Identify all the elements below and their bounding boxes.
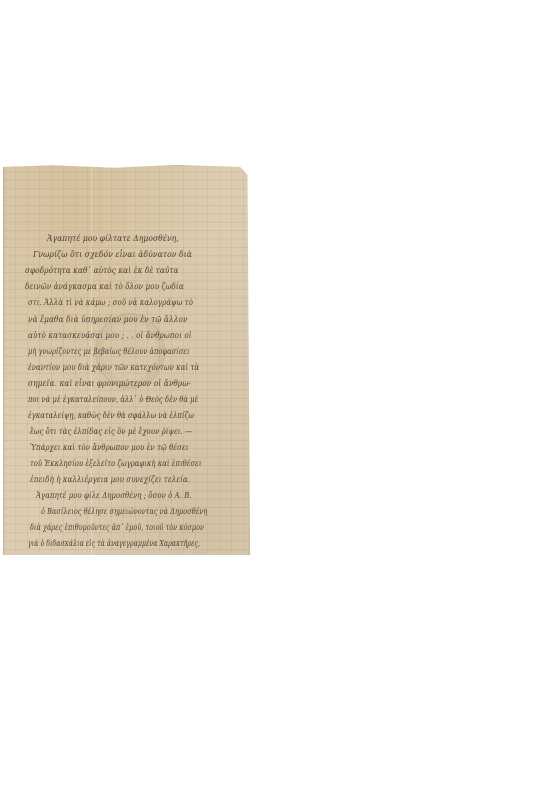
text-line: ἕως ὅτι τὰς ἐλπίδας εἰς ὃν μὲ ἔχουν ῥίψε…: [30, 426, 192, 436]
text-line: Ὑπάρχει καὶ τὸν ἄνθρωπον μου ἐν τῷ θέσει: [30, 442, 189, 452]
text-line: ποι νὰ μὲ ἐγκαταλείπουν, ἀλλ᾽ ὁ Θεὸς δὲν…: [28, 394, 198, 404]
salutation-line: Ἀγαπητέ μου φίλτατε Δημοσθένη,: [47, 233, 179, 243]
letter-page: Ἀγαπητέ μου φίλτατε Δημοσθένη, Γνωρίζω ὅ…: [3, 163, 250, 555]
text-line: ἐπειδὴ ἡ καλλιέργεια μου συνεχίζει τελεί…: [30, 474, 190, 484]
text-line: σημεῖα. καὶ εἶναι φρονιμώτερον οἱ ἄνθρω-: [28, 378, 191, 388]
text-line: νὰ ἔμαθα διὰ ὑπηρεσίαν μου ἐν τῷ ἄλλον: [28, 314, 188, 324]
text-line: διὰ χάρες ἐπιθυμοῦντες ἀπ᾽ ἐμοῦ, τοιοῦ τ…: [30, 522, 204, 532]
text-line: στι. Ἀλλὰ τὶ νὰ κάμω ; σοῦ νὰ καλογράψω …: [28, 297, 193, 307]
text-line: γιὰ ὁ διδασκάλια εἰς τὰ ἀναγεγραμμένα Χα…: [28, 538, 200, 548]
text-line: δεινῶν ἀνάγκασμα καὶ τὸ ὅλον μου ζωδία: [25, 281, 184, 291]
text-line: τοῦ Ἐκκλησίου ἐξελεῖτο ζωγραφικὴ καὶ ἐπι…: [30, 458, 202, 468]
text-line: ὁ Βασίλειος θέλησε σημειώνοντας νὰ Δημοσ…: [41, 506, 207, 516]
text-line: μὴ γνωρίζοντες με βεβαίως θέλουν ἀποφασί…: [28, 346, 190, 356]
text-line: ἐναντίον μου διὰ χάριν τῶν κατεχόντων κα…: [28, 362, 199, 372]
text-line: αὐτὸ κατασκευάσαι μου ; . . οἱ ἄνθρωποι …: [28, 330, 192, 340]
handwritten-text-body: Ἀγαπητέ μου φίλτατε Δημοσθένη, Γνωρίζω ὅ…: [3, 163, 250, 555]
text-line: ἐγκαταλείψῃ, καθὼς δὲν θὰ σφάλλω νὰ ἐλπί…: [28, 410, 194, 420]
text-line: σφοδρότητα καθ᾽ αὐτὸς καὶ ἐκ δὲ ταῦτα: [25, 265, 179, 275]
text-line: Γνωρίζω ὅτι σχεδόν εἶναι ἀδύνατον διὰ: [33, 249, 192, 259]
text-line: Ἀγαπητέ μου φίλε Δημοσθένη ; ὅσον ὁ Α. Β…: [36, 490, 192, 500]
